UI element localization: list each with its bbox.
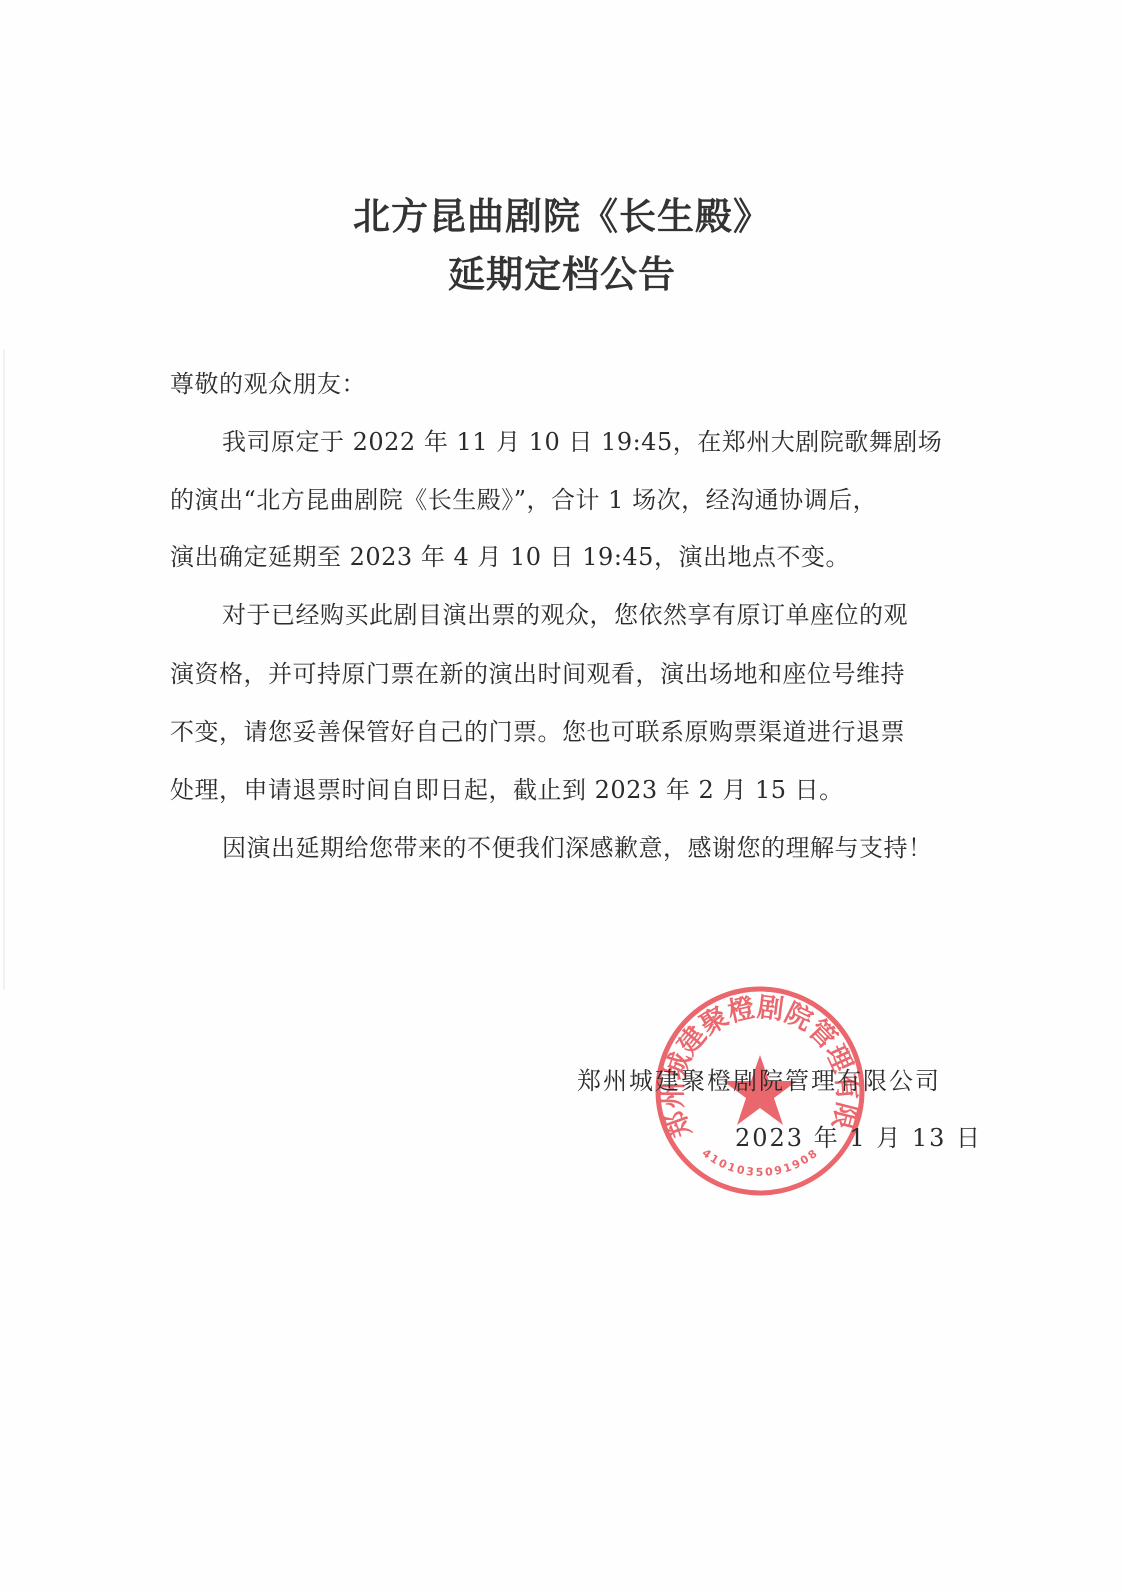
paragraph-2-line-3: 不变，请您妥善保管好自己的门票。您也可联系原购票渠道进行退票 [170,717,940,747]
seal-ring-text: 郑州城建聚橙剧院管理有限公司 [652,983,863,1142]
paragraph-1-line-3: 演出确定延期至 2023 年 4 月 10 日 19:45，演出地点不变。 [170,542,940,572]
signature-date: 2023 年 1 月 13 日 [735,1123,982,1153]
scan-edge-artifact [3,350,5,990]
signature-company: 郑州城建聚橙剧院管理有限公司 [577,1066,941,1096]
paragraph-1-line-2: 的演出“北方昆曲剧院《长生殿》”，合计 1 场次，经沟通协调后， [170,485,940,515]
salutation: 尊敬的观众朋友： [170,369,940,399]
paragraph-2-line-4: 处理，申请退票时间自即日起，截止到 2023 年 2 月 15 日。 [170,775,940,805]
paragraph-2-line-2: 演资格，并可持原门票在新的演出时间观看，演出场地和座位号维持 [170,659,940,689]
paragraph-2-line-1: 对于已经购买此剧目演出票的观众，您依然享有原订单座位的观 [222,600,940,630]
paragraph-3-line-1: 因演出延期给您带来的不便我们深感歉意，感谢您的理解与支持！ [222,833,940,863]
document-page: 北方昆曲剧院《长生殿》 延期定档公告 尊敬的观众朋友： 我司原定于 2022 年… [0,0,1124,1590]
paragraph-1-line-1: 我司原定于 2022 年 11 月 10 日 19:45，在郑州大剧院歌舞剧场 [222,427,940,457]
document-title-line1: 北方昆曲剧院《长生殿》 [0,186,1124,240]
document-title-line2: 延期定档公告 [0,244,1124,298]
